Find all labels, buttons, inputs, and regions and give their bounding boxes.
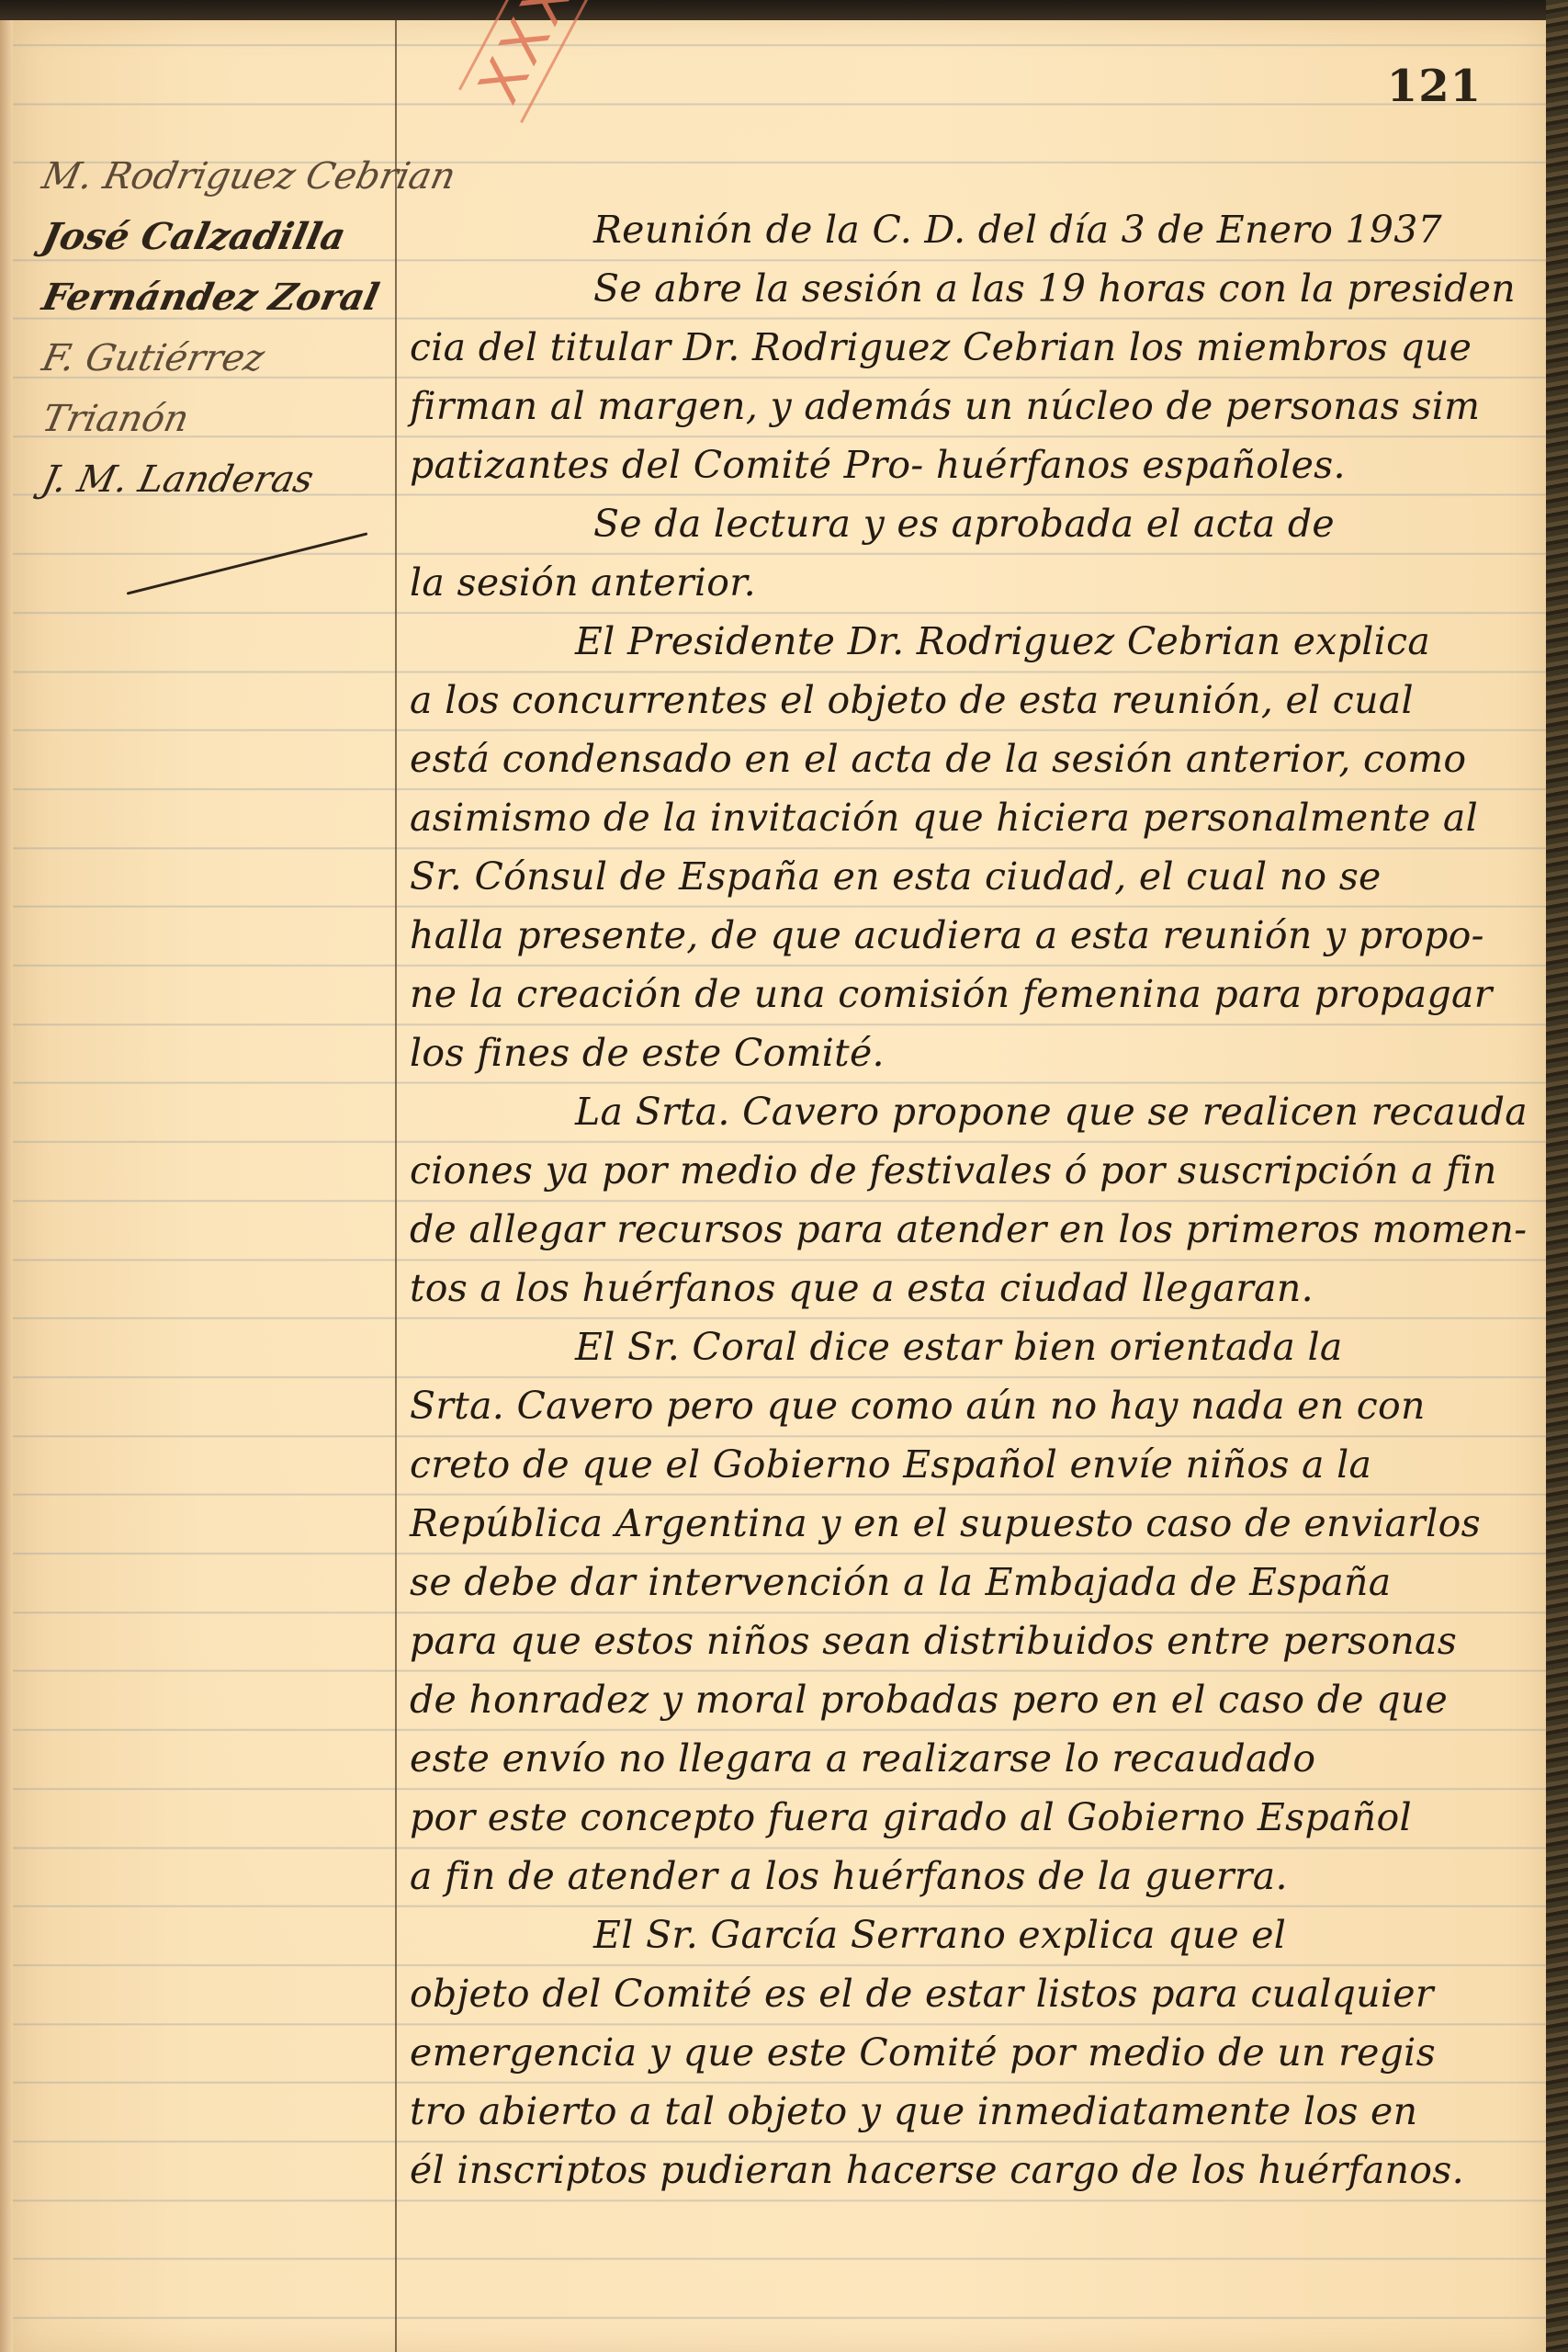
text-line: la sesión anterior. (410, 553, 1532, 612)
minutes-heading: Reunión de la C. D. del día 3 de Enero 1… (410, 200, 1532, 259)
text-line: cia del titular Dr. Rodriguez Cebrian lo… (410, 318, 1532, 377)
signature: José Calzadilla (34, 219, 396, 279)
text-line: firman al margen, y además un núcleo de … (410, 377, 1532, 435)
book-binding-top (0, 0, 1568, 20)
text-line: para que estos niños sean distribuidos e… (410, 1611, 1532, 1670)
ledger-scan: 121 XXXVII M. Rodriguez Cebrian José Cal… (0, 0, 1568, 2352)
minutes-body: Reunión de la C. D. del día 3 de Enero 1… (410, 200, 1532, 2199)
text-line: él inscriptos pudieran hacerse cargo de … (410, 2141, 1532, 2199)
signature: Fernández Zoral (34, 279, 396, 340)
text-line: objeto del Comité es el de estar listos … (410, 1964, 1532, 2023)
text-line: ne la creación de una comisión femenina … (410, 965, 1532, 1023)
text-line: asimismo de la invitación que hiciera pe… (410, 788, 1532, 847)
text-line: tos a los huérfanos que a esta ciudad ll… (410, 1259, 1532, 1317)
text-line: está condensado en el acta de la sesión … (410, 729, 1532, 788)
text-line: por este concepto fuera girado al Gobier… (410, 1788, 1532, 1847)
facing-page-edge (0, 20, 14, 2352)
text-line: Se da lectura y es aprobada el acta de (410, 494, 1532, 553)
text-line: halla presente, de que acudiera a esta r… (410, 906, 1532, 965)
text-line: emergencia y que este Comité por medio d… (410, 2023, 1532, 2082)
ledger-page: 121 XXXVII M. Rodriguez Cebrian José Cal… (13, 20, 1546, 2352)
text-line: se debe dar intervención a la Embajada d… (410, 1553, 1532, 1611)
text-line: creto de que el Gobierno Español envíe n… (410, 1435, 1532, 1494)
margin-rule-line (395, 20, 397, 2352)
text-line: El Presidente Dr. Rodriguez Cebrian expl… (410, 612, 1532, 671)
signature: M. Rodriguez Cebrian (34, 158, 396, 219)
text-line: patizantes del Comité Pro- huérfanos esp… (410, 435, 1532, 494)
page-number: 121 (1387, 61, 1482, 112)
text-line: de honradez y moral probadas pero en el … (410, 1670, 1532, 1729)
text-line: los fines de este Comité. (410, 1023, 1532, 1082)
signature: J. M. Landeras (34, 461, 396, 522)
text-line: Se abre la sesión a las 19 horas con la … (410, 259, 1532, 318)
text-line: El Sr. Coral dice estar bien orientada l… (410, 1317, 1532, 1376)
book-binding-right (1546, 0, 1568, 2352)
text-line: a fin de atender a los huérfanos de la g… (410, 1847, 1532, 1905)
text-line: Sr. Cónsul de España en esta ciudad, el … (410, 847, 1532, 906)
text-line: El Sr. García Serrano explica que el (410, 1905, 1532, 1964)
text-line: este envío no llegara a realizarse lo re… (410, 1729, 1532, 1788)
text-line: tro abierto a tal objeto y que inmediata… (410, 2082, 1532, 2141)
signature: F. Gutiérrez (34, 340, 396, 401)
signature: Trianón (34, 401, 396, 461)
text-line: La Srta. Cavero propone que se realicen … (410, 1082, 1532, 1141)
text-line: a los concurrentes el objeto de esta reu… (410, 671, 1532, 729)
text-line: ciones ya por medio de festivales ó por … (410, 1141, 1532, 1200)
text-line: Srta. Cavero pero que como aún no hay na… (410, 1376, 1532, 1435)
signature-flourish (127, 532, 368, 594)
text-line: República Argentina y en el supuesto cas… (410, 1494, 1532, 1553)
margin-signatures: M. Rodriguez Cebrian José Calzadilla Fer… (40, 158, 389, 522)
text-line: de allegar recursos para atender en los … (410, 1200, 1532, 1259)
